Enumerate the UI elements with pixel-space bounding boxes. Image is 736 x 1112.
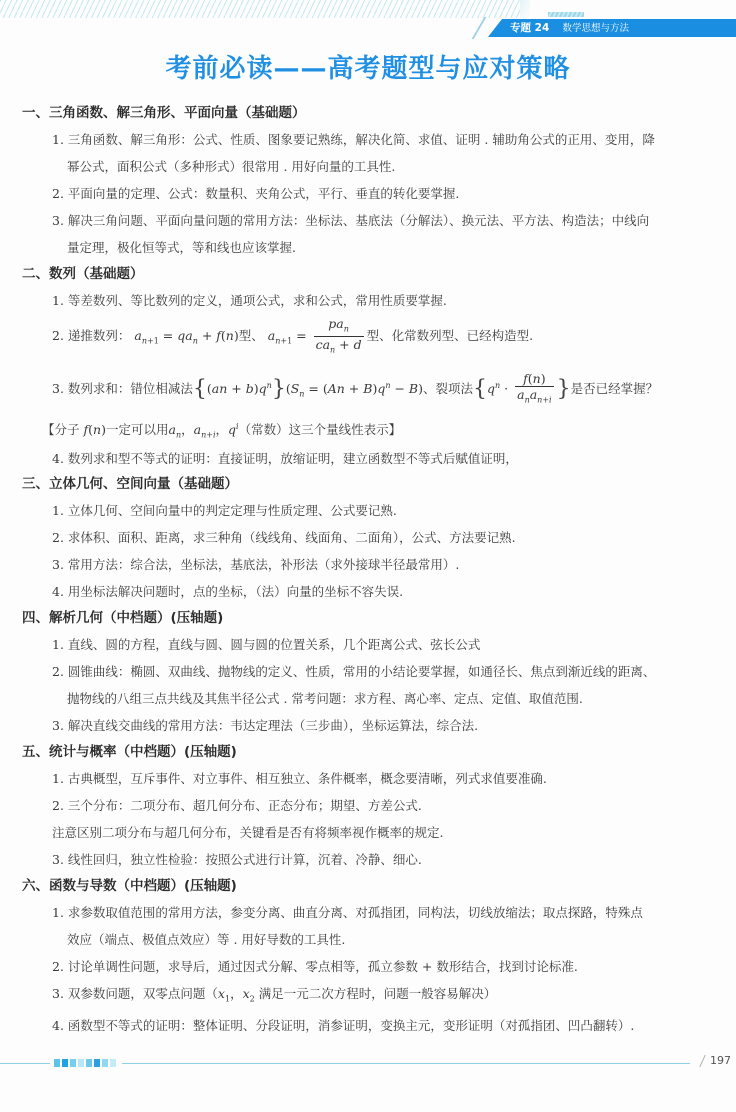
list-item: 3. 双参数问题，双零点问题（x1，x2 满足一元二次方程时，问题一般容易解决） bbox=[52, 980, 722, 1013]
item-text: 2. 圆锥曲线：椭圆、双曲线、抛物线的定义、性质，常用的小结论要掌握，如通径长、… bbox=[52, 664, 655, 679]
note-text: （常数）这三个量线性表示】 bbox=[239, 422, 402, 437]
item-text-cont: 幂公式，面积公式（多种形式）很常用 . 用好向量的工具性. bbox=[52, 153, 722, 180]
footer-square bbox=[70, 1059, 76, 1067]
footer-square bbox=[110, 1059, 116, 1067]
list-item-summation: 3. 数列求和：错位相减法{(an + b)qn}(Sn = (An + B)q… bbox=[52, 364, 722, 417]
page-content: 一、三角函数、解三角形、平面向量（基础题） 1. 三角函数、解三角形：公式、性质… bbox=[22, 100, 722, 1039]
item-text: 2. 求体积、面积、距离，求三种角（线线角、线面角、二面角），公式、方法要记熟. bbox=[52, 530, 516, 545]
list-item: 2. 平面向量的定理、公式：数量积、夹角公式，平行、垂直的转化要掌握. bbox=[52, 180, 722, 207]
header-slash-decoration bbox=[472, 17, 487, 39]
item-text: 1. 立体几何、空间向量中的判定定理与性质定理、公式要记熟. bbox=[52, 503, 397, 518]
section-title: 四、解析几何（中档题）(压轴题) bbox=[22, 605, 722, 631]
footer-square bbox=[78, 1059, 84, 1067]
section-functions-derivatives: 六、函数与导数（中档题）(压轴题) 1. 求参数取值范围的常用方法，参变分离、曲… bbox=[22, 873, 722, 1040]
list-item: 3. 线性回归，独立性检验：按照公式进行计算，沉着、冷静、细心. bbox=[52, 846, 722, 873]
item-text: 3. 线性回归，独立性检验：按照公式进行计算，沉着、冷静、细心. bbox=[52, 852, 422, 867]
list-item: 1. 古典概型，互斥事件、对立事件、相互独立、条件概率，概念要清晰，列式求值要准… bbox=[52, 765, 722, 792]
item-text: 、裂项法 bbox=[423, 381, 473, 396]
section-title: 五、统计与概率（中档题）(压轴题) bbox=[22, 739, 722, 765]
header-topic: 专题 24 bbox=[510, 22, 549, 34]
list-item: 2. 圆锥曲线：椭圆、双曲线、抛物线的定义、性质，常用的小结论要掌握，如通径长、… bbox=[52, 658, 722, 712]
note-distribution: 注意区别二项分布与超几何分布，关键看是否有将频率视作概率的规定. bbox=[52, 819, 722, 846]
list-item: 1. 三角函数、解三角形：公式、性质、图象要记熟练，解决化简、求值、证明 . 辅… bbox=[52, 126, 722, 180]
formula-split-term: {qn · f(n)anan+i} bbox=[473, 381, 571, 396]
item-text: 3. 常用方法：综合法，坐标法，基底法，补形法（求外接球半径最常用）. bbox=[52, 557, 459, 572]
page-number-slash bbox=[699, 1055, 706, 1067]
item-text: 型、化常数列型、已经构造型. bbox=[367, 328, 533, 343]
list-item: 3. 常用方法：综合法，坐标法，基底法，补形法（求外接球半径最常用）. bbox=[52, 551, 722, 578]
footer-square-decoration bbox=[54, 1059, 116, 1067]
footer-rule-right bbox=[122, 1063, 690, 1064]
section-solid-geometry: 三、立体几何、空间向量（基础题） 1. 立体几何、空间向量中的判定定理与性质定理… bbox=[22, 471, 722, 605]
item-text: 2. 讨论单调性问题，求导后，通过因式分解、零点相等，孤立参数 + 数形结合，找… bbox=[52, 959, 578, 974]
list-item-recurrence: 2. 递推数列： an+1 = qan + f(n)型、 an+1 = panc… bbox=[52, 314, 722, 364]
formula-dislocation: {(an + b)qn}(Sn = (An + B)qn − B) bbox=[193, 381, 423, 396]
item-text: 2. 递推数列： bbox=[52, 328, 130, 343]
section-statistics: 五、统计与概率（中档题）(压轴题) 1. 古典概型，互斥事件、对立事件、相互独立… bbox=[22, 739, 722, 873]
list-item: 3. 解决三角问题、平面向量问题的常用方法：坐标法、基底法（分解法）、换元法、平… bbox=[52, 207, 722, 261]
item-text: 4. 用坐标法解决问题时，点的坐标，（法）向量的坐标不容失误. bbox=[52, 584, 403, 599]
list-item: 3. 解决直线交曲线的常用方法：韦达定理法（三步曲），坐标运算法，综合法. bbox=[52, 712, 722, 739]
list-item: 4. 函数型不等式的证明：整体证明、分段证明，消参证明，变换主元，变形证明（对孤… bbox=[52, 1012, 722, 1039]
list-item: 1. 立体几何、空间向量中的判定定理与性质定理、公式要记熟. bbox=[52, 497, 722, 524]
item-text: 1. 古典概型，互斥事件、对立事件、相互独立、条件概率，概念要清晰，列式求值要准… bbox=[52, 771, 547, 786]
item-text: 是否已经掌握？ bbox=[571, 381, 659, 396]
formula-recurrence-1: an+1 = qan + f(n) bbox=[134, 328, 238, 343]
item-text: 1. 求参数取值范围的常用方法，参变分离、曲直分离、对孤指团，同构法，切线放缩法… bbox=[52, 905, 643, 920]
item-text: 型、 bbox=[239, 328, 264, 343]
section-trig: 一、三角函数、解三角形、平面向量（基础题） 1. 三角函数、解三角形：公式、性质… bbox=[22, 100, 722, 261]
note-text: 一定可以用 bbox=[106, 422, 169, 437]
footer-square bbox=[86, 1059, 92, 1067]
page-number: 197 bbox=[710, 1054, 731, 1067]
list-item: 1. 直线、圆的方程，直线与圆、圆与圆的位置关系，几个距离公式、弦长公式 bbox=[52, 631, 722, 658]
item-text: 2. 平面向量的定理、公式：数量积、夹角公式，平行、垂直的转化要掌握. bbox=[52, 186, 459, 201]
footer-square bbox=[62, 1059, 68, 1067]
header-subtitle: 数学思想与方法 bbox=[562, 23, 629, 34]
item-text: 3. 解决直线交曲线的常用方法：韦达定理法（三步曲），坐标运算法，综合法. bbox=[52, 718, 478, 733]
page-title: 考前必读——高考题型与应对策略 bbox=[0, 48, 736, 85]
section-title: 三、立体几何、空间向量（基础题） bbox=[22, 471, 722, 497]
list-item: 2. 讨论单调性问题，求导后，通过因式分解、零点相等，孤立参数 + 数形结合，找… bbox=[52, 953, 722, 980]
item-text: 1. 等差数列、等比数列的定义，通项公式，求和公式，常用性质要掌握. bbox=[52, 293, 447, 308]
item-text-cont: 效应（端点、极值点效应）等 . 用好导数的工具性. bbox=[52, 926, 722, 953]
section-title: 一、三角函数、解三角形、平面向量（基础题） bbox=[22, 100, 722, 126]
item-text: 1. 三角函数、解三角形：公式、性质、图象要记熟练，解决化简、求值、证明 . 辅… bbox=[52, 132, 655, 147]
item-text-cont: 抛物线的八组三点共线及其焦半径公式 . 常考问题：求方程、离心率、定点、定值、取… bbox=[52, 685, 722, 712]
item-text-cont: 量定理，极化恒等式，等和线也应该掌握. bbox=[52, 234, 722, 261]
item-text: 1. 直线、圆的方程，直线与圆、圆与圆的位置关系，几个距离公式、弦长公式 bbox=[52, 637, 480, 652]
note-text: 【分子 bbox=[42, 422, 80, 437]
note-numerator: 【分子 f(n)一定可以用an，an+i，qi（常数）这三个量线性表示】 bbox=[42, 416, 722, 447]
header-tab-strip bbox=[548, 12, 584, 17]
section-sequences: 二、数列（基础题） 1. 等差数列、等比数列的定义，通项公式，求和公式，常用性质… bbox=[22, 261, 722, 471]
section-title: 二、数列（基础题） bbox=[22, 261, 722, 287]
list-item: 2. 三个分布：二项分布、超几何分布、正态分布；期望、方差公式. bbox=[52, 792, 722, 819]
footer-square bbox=[102, 1059, 108, 1067]
item-text: 3. 双参数问题，双零点问题（ bbox=[52, 986, 218, 1001]
item-text: 4. 函数型不等式的证明：整体证明、分段证明，消参证明，变换主元，变形证明（对孤… bbox=[52, 1018, 634, 1033]
list-item: 1. 等差数列、等比数列的定义，通项公式，求和公式，常用性质要掌握. bbox=[52, 287, 722, 314]
item-text: 3. 数列求和：错位相减法 bbox=[52, 381, 193, 396]
formula-recurrence-2: an+1 = pancan + d bbox=[268, 328, 367, 343]
item-text: 满足一元二次方程时，问题一般容易解决） bbox=[259, 986, 497, 1001]
list-item: 4. 用坐标法解决问题时，点的坐标，（法）向量的坐标不容失误. bbox=[52, 578, 722, 605]
header-hatch-fade bbox=[520, 0, 530, 18]
footer-square bbox=[54, 1059, 60, 1067]
header-label: 专题 24 数学思想与方法 bbox=[510, 20, 629, 36]
list-item: 4. 数列求和型不等式的证明：直接证明，放缩证明，建立函数型不等式后赋值证明， bbox=[52, 447, 722, 471]
item-text: 4. 数列求和型不等式的证明：直接证明，放缩证明，建立函数型不等式后赋值证明， bbox=[52, 451, 518, 466]
item-text: 3. 解决三角问题、平面向量问题的常用方法：坐标法、基底法（分解法）、换元法、平… bbox=[52, 213, 649, 228]
footer-rule-left bbox=[0, 1063, 50, 1064]
list-item: 2. 求体积、面积、距离，求三种角（线线角、线面角、二面角），公式、方法要记熟. bbox=[52, 524, 722, 551]
section-title: 六、函数与导数（中档题）(压轴题) bbox=[22, 873, 722, 899]
footer-square bbox=[94, 1059, 100, 1067]
section-analytic-geometry: 四、解析几何（中档题）(压轴题) 1. 直线、圆的方程，直线与圆、圆与圆的位置关… bbox=[22, 605, 722, 739]
item-text: 2. 三个分布：二项分布、超几何分布、正态分布；期望、方差公式. bbox=[52, 798, 422, 813]
note-text: 注意区别二项分布与超几何分布，关键看是否有将频率视作概率的规定. bbox=[52, 825, 443, 840]
header-hatch-decoration bbox=[0, 0, 520, 18]
list-item: 1. 求参数取值范围的常用方法，参变分离、曲直分离、对孤指团，同构法，切线放缩法… bbox=[52, 899, 722, 953]
